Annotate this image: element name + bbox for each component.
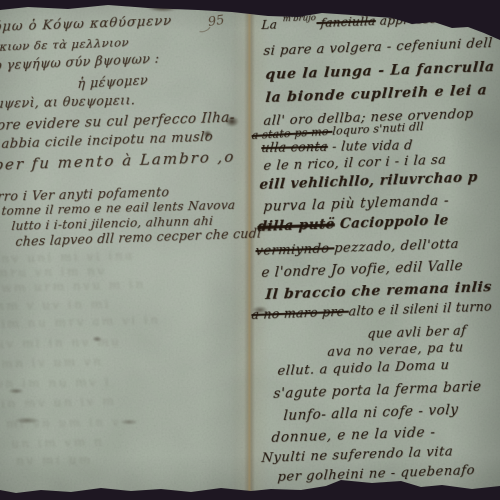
handwritten-text: pezzado, dell'otta — [334, 237, 460, 256]
bleedthrough-line: nv uni mi vi ina — [0, 249, 136, 266]
struck-text: vermiyndo — [255, 241, 335, 259]
ink-smudge — [8, 388, 24, 394]
bleedthrough-line: im nu mrv am vi in — [0, 313, 162, 331]
manuscript-line: ωκιων δε τὰ μελλνιον — [0, 35, 130, 54]
manuscript-photo: 95 ύμω ὁ Κόψω καθύσμεννωκιων δε τὰ μελλν… — [0, 0, 500, 500]
handwritten-text: Nyulti ne suferendo la vita — [261, 444, 454, 466]
ink-smudge — [225, 116, 239, 127]
handwritten-text: donnue, e ne la vide - — [271, 424, 436, 446]
manuscript-line: s'agute porta la ferma barie — [273, 379, 482, 402]
manuscript-line: ava no verae, pa tu — [327, 339, 464, 359]
handwritten-text: purva la più tylemanda - — [263, 193, 450, 216]
handwritten-text: s'agute porta la ferma barie — [273, 379, 482, 402]
bleedthrough-line: wm urm nvu m in — [0, 277, 147, 295]
manuscript-line: purva la più tylemanda - — [263, 193, 450, 216]
handwritten-text: per fu mento à Lambro ,o — [0, 148, 236, 175]
bleedthrough-line: un im vm n — [10, 435, 105, 451]
ink-smudge — [92, 336, 102, 342]
handwritten-text: que avli ber af — [367, 323, 467, 341]
bleedthrough-line: uv mi in nv mu — [0, 335, 122, 351]
handwritten-text: ellut. a quido la Doma u — [277, 358, 450, 379]
manuscript-line: Nyulti ne suferendo la vita — [261, 444, 454, 466]
handwritten-text: ω γεψήψω σύν βψοψων : — [0, 51, 160, 73]
manuscript-line: vermiyndo pezzado, dell'otta — [255, 237, 459, 259]
handwritten-text: que la lunga - La fancrulla — [265, 59, 496, 83]
handwritten-text: La — [261, 17, 282, 32]
manuscript-line: μψενὶ, αι θυεψομειι. — [0, 92, 136, 111]
ink-smudge — [14, 417, 40, 424]
bleedthrough-line: in mv un iv m — [0, 394, 117, 411]
manuscript-line: e l'ondre Jo vofie, edil Valle — [261, 258, 464, 281]
ink-smudge — [252, 306, 268, 314]
page-number: 95 — [207, 13, 225, 30]
struck-text: ulla conta — [261, 139, 329, 155]
manuscript-line: donnue, e ne la vide - — [271, 424, 436, 446]
manuscript-line: per golheini ne - quebenafo — [277, 463, 476, 485]
inserted-word: m'brujo — [282, 13, 316, 24]
manuscript-line: La m'brujo fanciulla appresso arrivate s… — [261, 8, 500, 32]
handwritten-text: lunfo- alla ni cofe - voly — [283, 402, 459, 424]
ink-smudge — [146, 3, 180, 12]
manuscript-line: ύμω ὁ Κόψω καθύσμενν — [0, 14, 173, 35]
handwritten-text: alto e il sileni il turno — [348, 299, 492, 319]
handwritten-text: la bionde cupllreih e lei a — [265, 82, 488, 106]
handwritten-text: μψενὶ, αι θυεψομειι. — [0, 92, 136, 111]
handwritten-text: ava no verae, pa tu — [327, 339, 464, 359]
manuscript-line: ulla conta - lute vida d — [261, 137, 414, 155]
bleedthrough-line: nm v uv in mi — [0, 297, 112, 313]
handwritten-text: e l'ondre Jo vofie, edil Valle — [261, 258, 464, 281]
handwritten-text: appresso arrivate seckeg — [375, 8, 500, 28]
manuscript-line: que la lunga - La fancrulla — [265, 59, 496, 83]
left-page: 95 ύμω ὁ Κόψω καθύσμεννωκιων δε τὰ μελλν… — [0, 0, 250, 500]
manuscript-line: per fu mento à Lambro ,o — [0, 148, 236, 175]
manuscript-line: ω γεψήψω σύν βψοψων : — [0, 51, 160, 73]
handwritten-text: - lute vida d — [327, 137, 413, 154]
manuscript-line: ἡ μέψομεν — [77, 72, 148, 91]
handwritten-text: ωκιων δε τὰ μελλνιον — [0, 35, 130, 54]
manuscript-paper: 95 ύμω ὁ Κόψω καθύσμεννωκιων δε τὰ μελλν… — [0, 0, 500, 500]
ink-smudge — [256, 222, 276, 232]
manuscript-line: lunfo- alla ni cofe - voly — [283, 402, 459, 424]
manuscript-line: ellut. a quido la Doma u — [277, 358, 450, 379]
handwritten-text: ύμω ὁ Κόψω καθύσμενν — [0, 14, 173, 35]
manuscript-line: que avli ber af — [367, 323, 467, 341]
right-page: La m'brujo fanciulla appresso arrivate s… — [250, 0, 500, 500]
bleedthrough-line: mn iv um vn — [0, 354, 105, 371]
bleedthrough-line: nv mi um — [15, 453, 94, 468]
manuscript-line: la bionde cupllreih e lei a — [265, 82, 488, 106]
handwritten-text: Cacioppolo le — [334, 212, 449, 232]
manuscript-line: si pare a volgera - cefeniuni dell — [263, 36, 493, 59]
struck-text: fanciulla — [316, 14, 376, 30]
ink-smudge — [120, 419, 138, 425]
manuscript-line: dilla putë Cacioppolo le — [257, 212, 449, 235]
handwritten-text: si pare a volgera - cefeniuni dell — [263, 36, 493, 59]
handwritten-text: per golheini ne - quebenafo — [277, 463, 476, 485]
handwritten-text: ἡ μέψομεν — [77, 72, 148, 91]
ink-smudge — [203, 130, 212, 138]
